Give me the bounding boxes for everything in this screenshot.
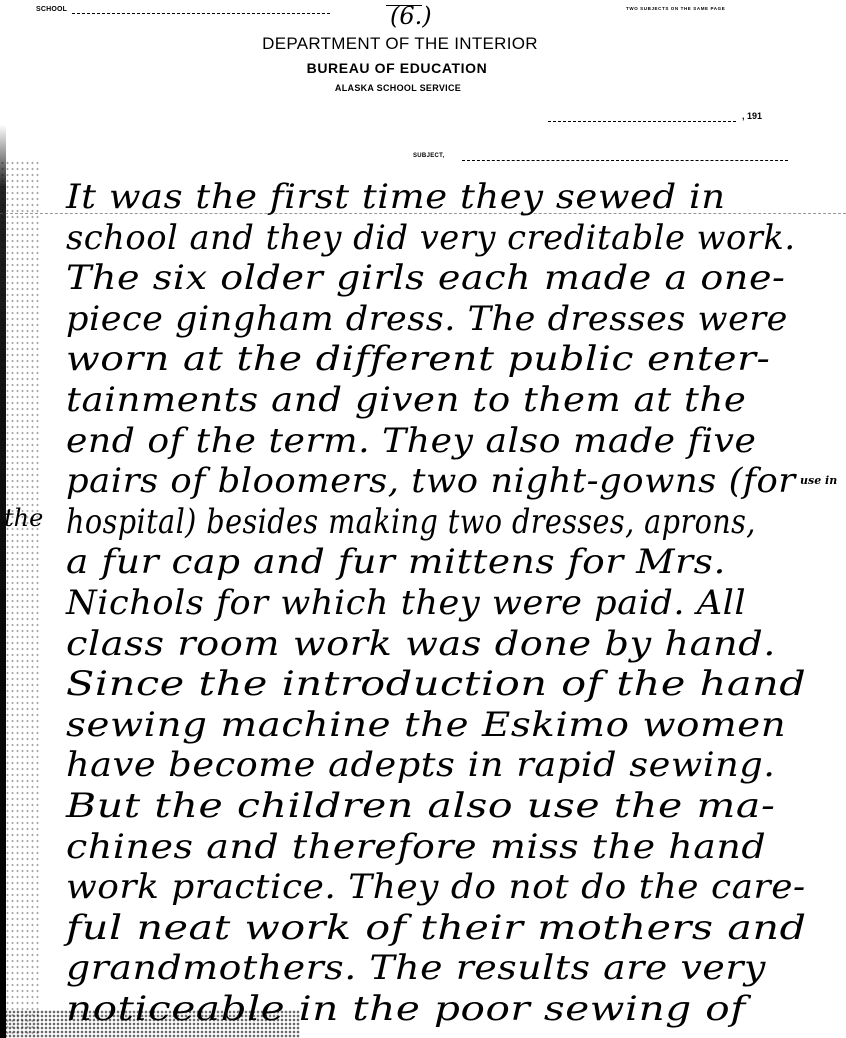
margin-annotation: the (4, 504, 43, 532)
school-label: SCHOOL (36, 6, 67, 13)
handwritten-line: sewing machine the Eskimo women (66, 708, 786, 742)
handwritten-line: ful neat work of their mothers and (66, 911, 807, 945)
page-number: (6.) (390, 2, 432, 30)
date-year: , 191 (742, 111, 762, 121)
handwritten-line: have become adepts in rapid sewing. (66, 748, 776, 782)
handwritten-line: But the children also use the ma- (66, 789, 775, 823)
handwritten-line: hospital) besides making two dresses, ap… (66, 505, 756, 539)
handwritten-line: noticeable in the poor sewing of (66, 992, 746, 1026)
handwritten-line: a fur cap and fur mittens for Mrs. (66, 545, 726, 579)
handwritten-line: tainments and given to them at the (66, 383, 746, 417)
document-page: SCHOOL TWO SUBJECTS ON THE SAME PAGE (6.… (0, 0, 846, 1038)
bureau-title: BUREAU OF EDUCATION (0, 60, 820, 76)
handwritten-line: school and they did very creditable work… (66, 221, 796, 255)
form-note: TWO SUBJECTS ON THE SAME PAGE (626, 6, 725, 11)
handwritten-line: Since the introduction of the hand (66, 667, 806, 701)
handwritten-line: pairs of bloomers, two night-gowns (for (66, 464, 796, 498)
handwritten-line: piece gingham dress. The dresses were (66, 302, 788, 336)
handwritten-line: worn at the different public enter- (66, 342, 770, 376)
handwritten-line: work practice. They do not do the care- (66, 870, 806, 904)
handwritten-line: chines and therefore miss the hand (66, 830, 766, 864)
department-title: DEPARTMENT OF THE INTERIOR (0, 34, 823, 54)
subject-fill-line (462, 160, 788, 161)
handwritten-line: end of the term. They also made five (66, 424, 756, 458)
handwritten-line: grandmothers. The results are very (66, 951, 766, 985)
service-title: ALASKA SCHOOL SERVICE (0, 83, 821, 93)
handwritten-line: class room work was done by hand. (66, 627, 776, 661)
scan-noise (0, 160, 40, 1038)
handwritten-line: The six older girls each made a one- (66, 261, 785, 295)
handwritten-line: Nichols for which they were paid. All (66, 586, 746, 620)
school-fill-line (72, 13, 330, 14)
subject-label: SUBJECT, (413, 153, 444, 159)
handwritten-line: It was the first time they sewed in (66, 180, 726, 214)
insert-annotation: use in (800, 474, 837, 487)
date-fill-line (548, 121, 736, 122)
